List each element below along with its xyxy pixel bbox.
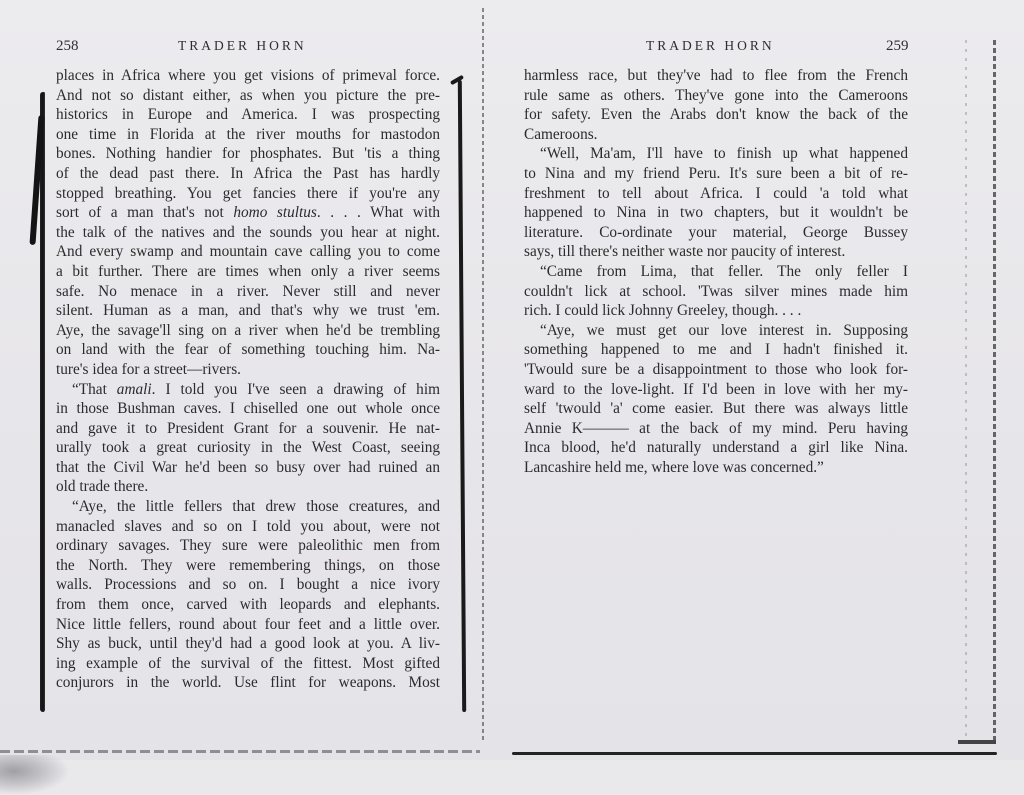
text-line-with-italic: sort of a man that's not homo stultus. .… — [56, 203, 440, 223]
left-page: 258 TRADER HORN places in Africa where y… — [0, 0, 483, 760]
text-segment: “That — [72, 381, 117, 398]
text-line: And not so distant either, as when you p… — [56, 86, 440, 106]
running-head: TRADER HORN — [178, 38, 307, 54]
text-line: ordinary savages. They sure were paleoli… — [56, 536, 440, 556]
page-edge-bottom-right — [512, 752, 997, 755]
handwritten-margin-bracket-left — [40, 92, 45, 712]
text-line: historics in Europe and America. I was p… — [56, 105, 440, 125]
scan-bottom-margin — [0, 760, 1024, 795]
text-line: the talk of the natives and the sounds y… — [56, 223, 440, 243]
right-page: TRADER HORN 259 harmless race, but they'… — [483, 0, 1024, 760]
text-line: freshment to tell about Africa. I could … — [524, 184, 908, 204]
text-line: “Well, Ma'am, I'll have to finish up wha… — [524, 144, 908, 164]
scanned-book-spread: 258 TRADER HORN places in Africa where y… — [0, 0, 1024, 795]
text-line: stopped breathing. You get fancies there… — [56, 184, 440, 204]
text-line-with-italic: “That amali. I told you I've seen a draw… — [56, 380, 440, 400]
text-line: something happened to me and I hadn't fi… — [524, 340, 908, 360]
text-line: “Aye, we must get our love interest in. … — [524, 321, 908, 341]
text-line: the North. They were remembering things,… — [56, 556, 440, 576]
text-line: harmless race, but they've had to flee f… — [524, 66, 908, 86]
text-line: from them once, carved with leopards and… — [56, 595, 440, 615]
italic-latin-phrase: homo stultus — [233, 204, 317, 221]
text-line: one time in Florida at the river mouths … — [56, 125, 440, 145]
scan-smudge — [0, 755, 70, 795]
text-line: conjurors in the world. Use flint for we… — [56, 673, 440, 693]
text-line: self 'twould 'a' come easier. But there … — [524, 399, 908, 419]
body-text: places in Africa where you get visions o… — [56, 66, 440, 693]
text-segment: . I told you I've seen a drawing of him — [152, 381, 440, 398]
text-line: of the dead past there. In Africa the Pa… — [56, 164, 440, 184]
text-line: old trade there. — [56, 477, 440, 497]
text-line: ture's idea for a street—rivers. — [56, 360, 440, 380]
text-line: rule same as others. They've gone into t… — [524, 86, 908, 106]
text-line: ward to the love-light. If I'd been in l… — [524, 380, 908, 400]
book-gutter-fold — [482, 8, 484, 743]
italic-word: amali — [117, 381, 152, 398]
text-line: that the Civil War he'd been so busy ove… — [56, 458, 440, 478]
text-line: urally took a great curiosity in the Wes… — [56, 438, 440, 458]
text-line: rich. I could lick Johnny Greeley, thoug… — [524, 301, 908, 321]
page-edge-shadow — [965, 40, 967, 740]
text-line: literature. Co-ordinate your material, G… — [524, 223, 908, 243]
running-head: TRADER HORN — [646, 38, 775, 54]
text-line: bones. Nothing handier for phosphates. B… — [56, 144, 440, 164]
text-line: says, till there's neither waste nor pau… — [524, 242, 908, 262]
text-line: manacled slaves and so on I told you abo… — [56, 517, 440, 537]
text-line: Shy as buck, until they'd had a good loo… — [56, 634, 440, 654]
text-line: 'Twould sure be a disappointment to thos… — [524, 360, 908, 380]
text-line: to Nina and my friend Peru. It's sure be… — [524, 164, 908, 184]
text-line: for safety. Even the Arabs don't know th… — [524, 105, 908, 125]
text-line: a bit further. There are times when only… — [56, 262, 440, 282]
text-line: Aye, the savage'll sing on a river when … — [56, 321, 440, 341]
page-corner-mark — [958, 740, 996, 744]
text-line: Inca blood, he'd naturally understand a … — [524, 438, 908, 458]
text-line: silent. Human as a man, and that's why w… — [56, 301, 440, 321]
text-line: Nice little fellers, round about four fe… — [56, 615, 440, 635]
text-line: couldn't lick at school. 'Twas silver mi… — [524, 282, 908, 302]
text-line: ing example of the survival of the fitte… — [56, 654, 440, 674]
body-text: harmless race, but they've had to flee f… — [524, 66, 908, 477]
page-edge-bottom-left — [0, 750, 480, 753]
text-line: “Came from Lima, that feller. The only f… — [524, 262, 908, 282]
text-line: “Aye, the little fellers that drew those… — [56, 497, 440, 517]
page-edge-right — [993, 40, 996, 740]
page-number: 258 — [56, 38, 79, 55]
text-line: And every swamp and mountain cave callin… — [56, 242, 440, 262]
text-line: happened to Nina in two chapters, but it… — [524, 203, 908, 223]
text-line: Lancashire held me, where love was conce… — [524, 458, 908, 478]
text-line: in those Bushman caves. I chiselled one … — [56, 399, 440, 419]
page-number: 259 — [886, 38, 909, 55]
text-line: safe. No menace in a river. Never still … — [56, 282, 440, 302]
text-line: walls. Processions and so on. I bought a… — [56, 575, 440, 595]
text-line: Annie K——— at the back of my mind. Peru … — [524, 419, 908, 439]
text-line: Cameroons. — [524, 125, 908, 145]
text-line: and gave it to President Grant for a sou… — [56, 419, 440, 439]
text-line: places in Africa where you get visions o… — [56, 66, 440, 86]
text-segment: . . . . What with — [317, 204, 440, 221]
text-line: on land with the fear of something touch… — [56, 340, 440, 360]
text-segment: sort of a man that's not — [56, 204, 233, 221]
